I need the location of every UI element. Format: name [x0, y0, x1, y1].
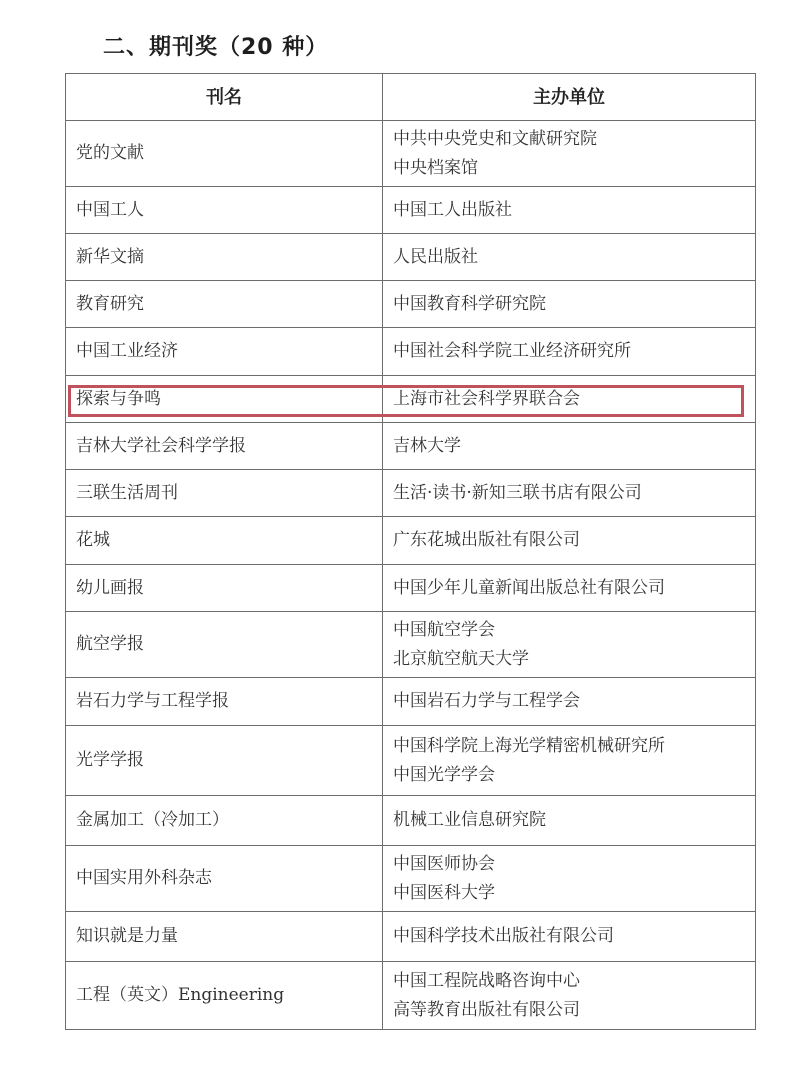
- organizer-cell: 生活·读书·新知三联书店有限公司: [383, 470, 756, 517]
- table-row: 党的文献中共中央党史和文献研究院中央档案馆: [66, 121, 756, 187]
- organizer-name: 中国少年儿童新闻出版总社有限公司: [393, 574, 745, 603]
- table-row: 教育研究中国教育科学研究院: [66, 281, 756, 328]
- organizer-name: 中国工人出版社: [393, 196, 745, 225]
- journal-name: 探索与争鸣: [66, 376, 383, 423]
- organizer-name: 中国航空学会: [393, 616, 745, 645]
- journal-name: 新华文摘: [66, 234, 383, 281]
- journal-name: 中国工业经济: [66, 328, 383, 376]
- journal-name: 工程（英文）Engineering: [66, 962, 383, 1030]
- table-row: 知识就是力量中国科学技术出版社有限公司: [66, 912, 756, 962]
- journal-name: 教育研究: [66, 281, 383, 328]
- organizer-cell: 中国教育科学研究院: [383, 281, 756, 328]
- journal-name: 三联生活周刊: [66, 470, 383, 517]
- organizer-cell: 中国工人出版社: [383, 187, 756, 234]
- journal-name: 光学学报: [66, 726, 383, 796]
- table-row: 幼儿画报中国少年儿童新闻出版总社有限公司: [66, 565, 756, 612]
- organizer-name: 机械工业信息研究院: [393, 806, 745, 835]
- table-row: 花城广东花城出版社有限公司: [66, 517, 756, 565]
- table-row: 新华文摘人民出版社: [66, 234, 756, 281]
- table-row: 中国工人中国工人出版社: [66, 187, 756, 234]
- journal-name: 金属加工（冷加工）: [66, 796, 383, 846]
- organizer-name: 吉林大学: [393, 432, 745, 461]
- organizer-name: 中国医师协会: [393, 850, 745, 879]
- organizer-name: 广东花城出版社有限公司: [393, 526, 745, 555]
- journal-name: 岩石力学与工程学报: [66, 678, 383, 726]
- journal-name: 中国实用外科杂志: [66, 846, 383, 912]
- organizer-cell: 机械工业信息研究院: [383, 796, 756, 846]
- journal-name: 中国工人: [66, 187, 383, 234]
- organizer-name: 中共中央党史和文献研究院: [393, 125, 745, 154]
- organizer-name: 中国工程院战略咨询中心: [393, 967, 745, 996]
- table-row: 中国实用外科杂志中国医师协会中国医科大学: [66, 846, 756, 912]
- organizer-cell: 中国岩石力学与工程学会: [383, 678, 756, 726]
- section-title: 二、期刊奖（20 种）: [103, 30, 328, 61]
- column-header-journal-name: 刊名: [66, 74, 383, 121]
- table-row: 中国工业经济中国社会科学院工业经济研究所: [66, 328, 756, 376]
- journal-name: 党的文献: [66, 121, 383, 187]
- organizer-cell: 中国科学技术出版社有限公司: [383, 912, 756, 962]
- table-row: 光学学报中国科学院上海光学精密机械研究所中国光学学会: [66, 726, 756, 796]
- organizer-cell: 上海市社会科学界联合会: [383, 376, 756, 423]
- organizer-name: 人民出版社: [393, 243, 745, 272]
- journal-name: 知识就是力量: [66, 912, 383, 962]
- organizer-name: 上海市社会科学界联合会: [393, 385, 745, 414]
- table-row: 金属加工（冷加工）机械工业信息研究院: [66, 796, 756, 846]
- organizer-name: 中国医科大学: [393, 879, 745, 908]
- organizer-cell: 中共中央党史和文献研究院中央档案馆: [383, 121, 756, 187]
- organizer-name: 北京航空航天大学: [393, 645, 745, 674]
- organizer-cell: 中国航空学会北京航空航天大学: [383, 612, 756, 678]
- organizer-cell: 中国少年儿童新闻出版总社有限公司: [383, 565, 756, 612]
- organizer-cell: 中国工程院战略咨询中心高等教育出版社有限公司: [383, 962, 756, 1030]
- organizer-cell: 人民出版社: [383, 234, 756, 281]
- table-row: 工程（英文）Engineering中国工程院战略咨询中心高等教育出版社有限公司: [66, 962, 756, 1030]
- journal-name: 航空学报: [66, 612, 383, 678]
- organizer-name: 中国科学院上海光学精密机械研究所: [393, 732, 745, 761]
- organizer-cell: 广东花城出版社有限公司: [383, 517, 756, 565]
- journal-name: 花城: [66, 517, 383, 565]
- organizer-cell: 中国科学院上海光学精密机械研究所中国光学学会: [383, 726, 756, 796]
- organizer-name: 中央档案馆: [393, 154, 745, 183]
- table-row: 航空学报中国航空学会北京航空航天大学: [66, 612, 756, 678]
- journal-name: 吉林大学社会科学学报: [66, 423, 383, 470]
- organizer-cell: 中国社会科学院工业经济研究所: [383, 328, 756, 376]
- table-row: 岩石力学与工程学报中国岩石力学与工程学会: [66, 678, 756, 726]
- table-row: 三联生活周刊生活·读书·新知三联书店有限公司: [66, 470, 756, 517]
- organizer-cell: 中国医师协会中国医科大学: [383, 846, 756, 912]
- column-header-organizer: 主办单位: [383, 74, 756, 121]
- organizer-name: 中国光学学会: [393, 761, 745, 790]
- organizer-cell: 吉林大学: [383, 423, 756, 470]
- journal-awards-table: 刊名 主办单位 党的文献中共中央党史和文献研究院中央档案馆中国工人中国工人出版社…: [65, 73, 756, 1030]
- organizer-name: 生活·读书·新知三联书店有限公司: [393, 479, 745, 508]
- organizer-name: 中国科学技术出版社有限公司: [393, 922, 745, 951]
- table-header-row: 刊名 主办单位: [66, 74, 756, 121]
- organizer-name: 中国社会科学院工业经济研究所: [393, 337, 745, 366]
- journal-name: 幼儿画报: [66, 565, 383, 612]
- organizer-name: 中国教育科学研究院: [393, 290, 745, 319]
- table-row-highlighted: 探索与争鸣上海市社会科学界联合会: [66, 376, 756, 423]
- organizer-name: 高等教育出版社有限公司: [393, 996, 745, 1025]
- organizer-name: 中国岩石力学与工程学会: [393, 687, 745, 716]
- table-row: 吉林大学社会科学学报吉林大学: [66, 423, 756, 470]
